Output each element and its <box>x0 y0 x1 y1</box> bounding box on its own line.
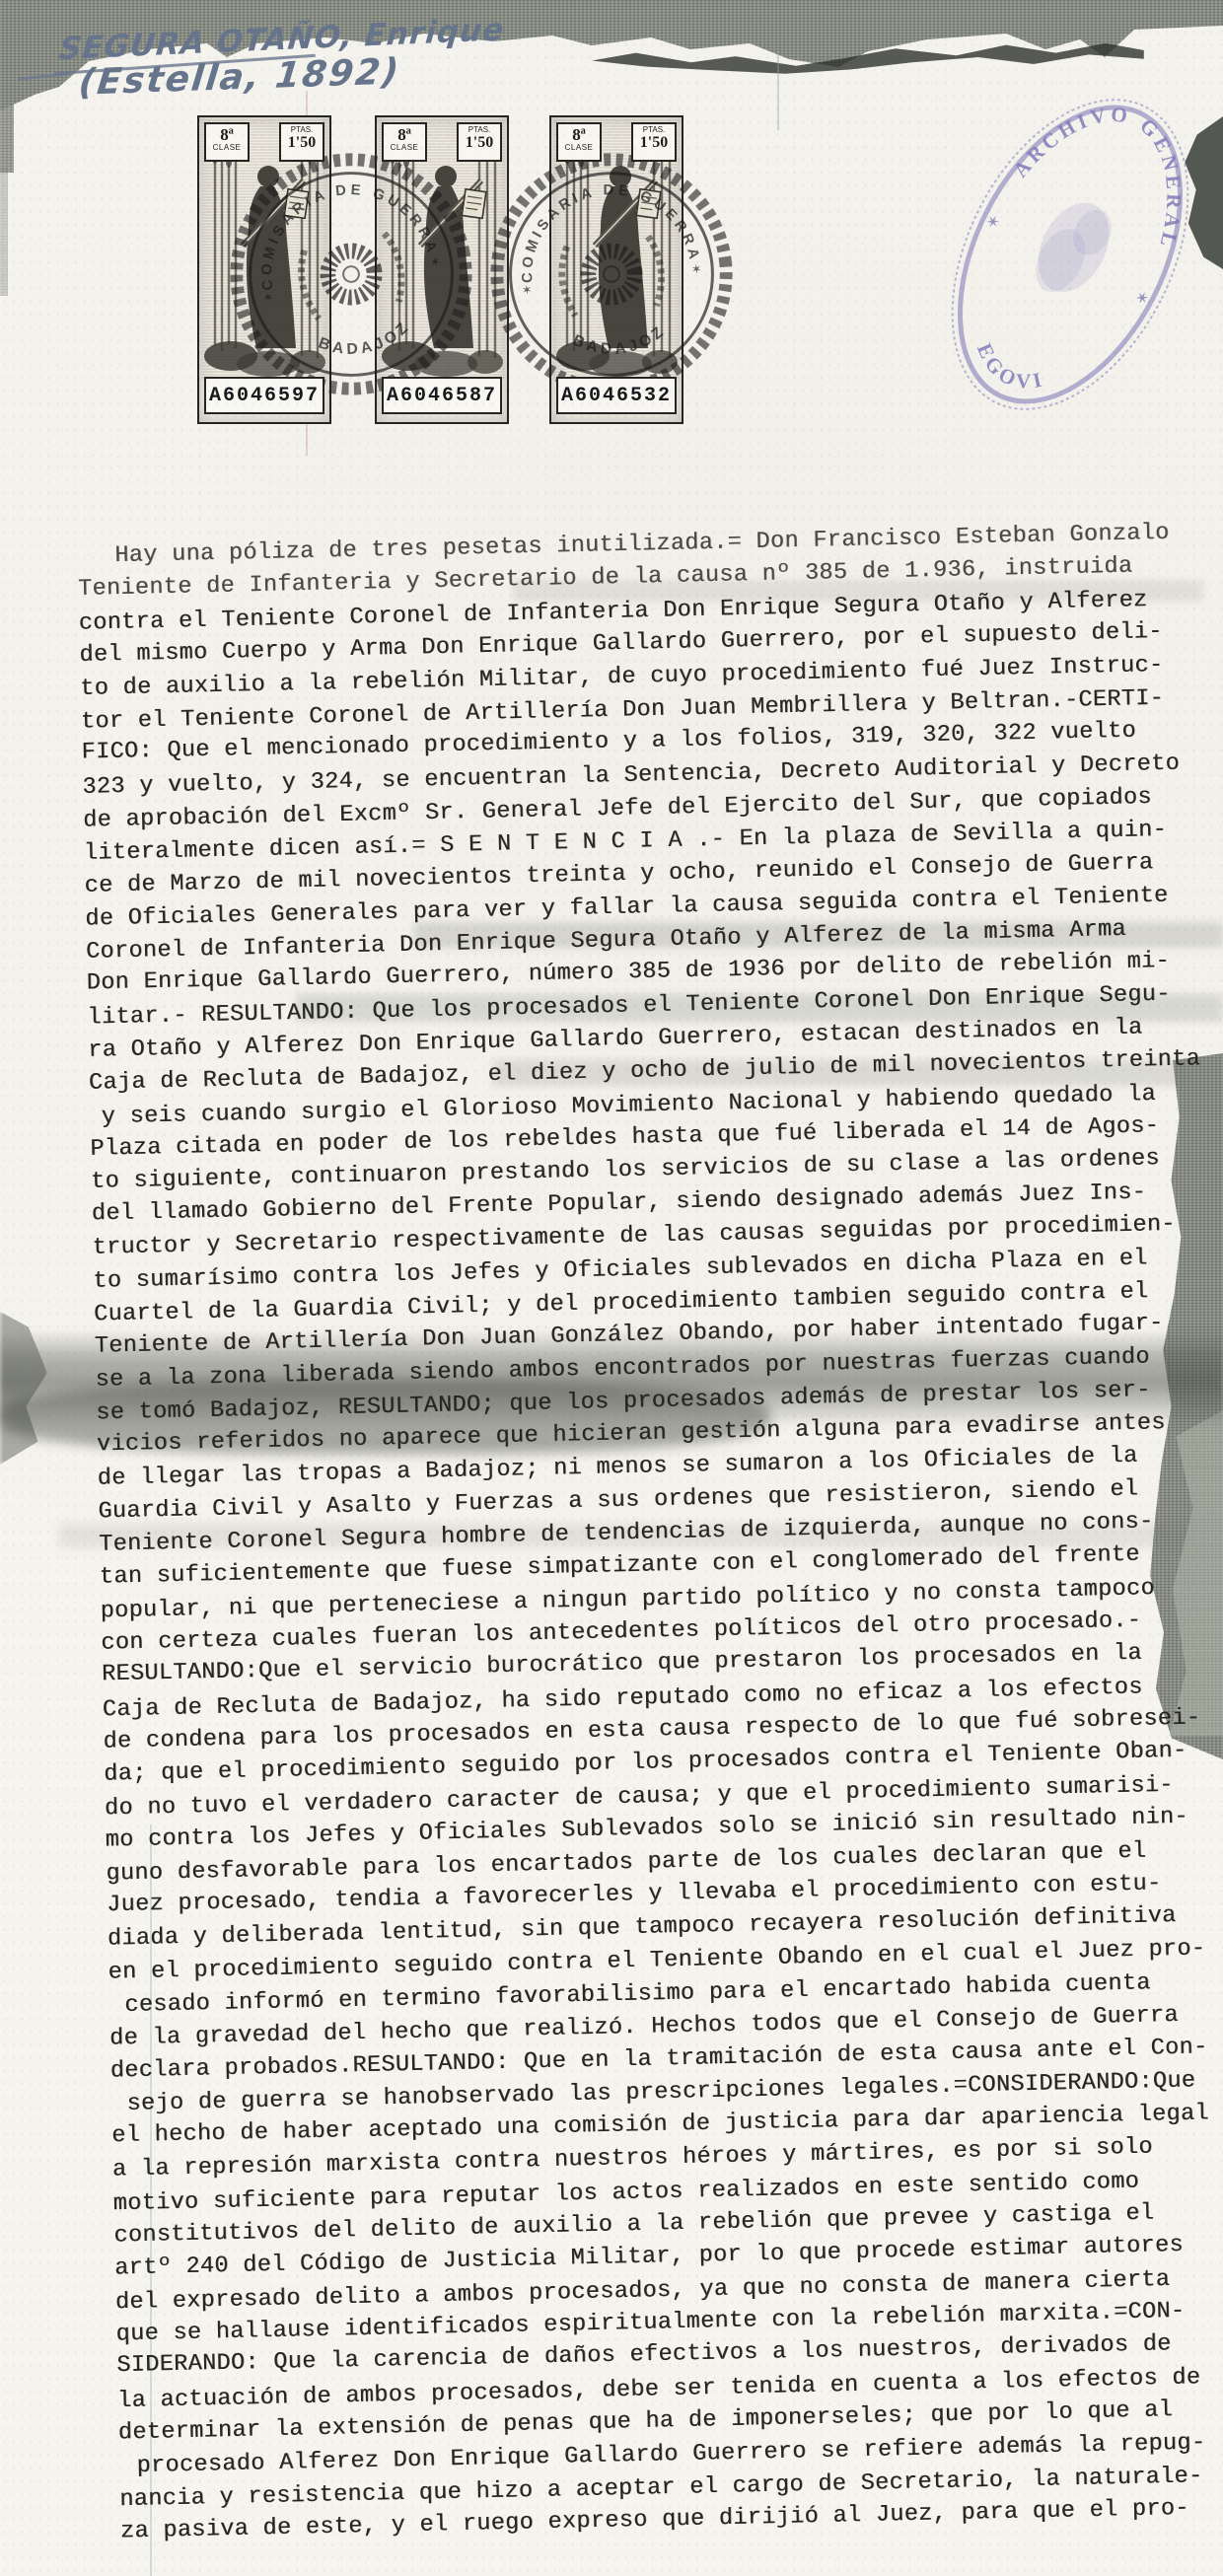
star-icon: ✶ <box>429 253 443 270</box>
stamp-value-box: PTAS. 1'50 <box>457 122 502 162</box>
scan-left-edge <box>0 0 14 173</box>
stamp-value: 1'50 <box>281 135 323 151</box>
star-icon: ✶ <box>690 261 702 277</box>
stamp-currency: PTAS. <box>281 126 323 134</box>
stamp-currency: PTAS. <box>633 126 675 134</box>
comisaria-arc-top: COMISARIA DE GUERRA <box>243 166 441 293</box>
stamp-class-word: CLASE <box>558 144 600 152</box>
stamp-value-box: PTAS. 1'50 <box>279 122 324 162</box>
star-icon: ✶ <box>521 282 533 298</box>
stamp-class-number: 8ª <box>206 126 248 143</box>
scanned-document-page: SEGURA OTAÑO, Enrique (Estella, 1892) <box>0 0 1223 2576</box>
comisaria-arc-bottom: BADAJOZ <box>568 321 672 363</box>
stamp-serial-box: A6046532 <box>556 377 677 414</box>
stamp-serial-box: A6046587 <box>382 377 502 414</box>
archivo-general-segovia-stamp: ARCHIVO GENERAL SEGOVIA ✶ ✶ <box>912 77 1223 432</box>
stamp-class-box: 8ª CLASE <box>204 122 250 162</box>
stamp-value-box: PTAS. 1'50 <box>631 122 677 162</box>
smudge-left-edge <box>0 1312 47 1465</box>
comisaria-arc-bottom: BADAJOZ <box>314 316 418 367</box>
stamp-value: 1'50 <box>633 135 675 151</box>
scan-left-edge-lower <box>0 168 8 296</box>
stamp-class-number: 8ª <box>558 126 600 143</box>
svg-text:COMISARIA DE GUERRA: COMISARIA DE GUERRA <box>243 166 441 293</box>
stamp-serial: A6046532 <box>561 385 672 407</box>
stamp-class-word: CLASE <box>384 144 425 152</box>
stamp-class-word: CLASE <box>206 144 248 152</box>
svg-text:ARCHIVO GENERAL: ARCHIVO GENERAL <box>1006 77 1223 257</box>
stamp-currency: PTAS. <box>459 126 500 134</box>
stamp-class-box: 8ª CLASE <box>556 122 602 162</box>
comisaria-guerra-badajoz-stamp: COMISARIA DE GUERRA BADAJOZ ✶ ✶ <box>470 133 752 414</box>
stamp-serial: A6046597 <box>209 385 320 407</box>
stamp-serial-box: A6046597 <box>204 377 324 414</box>
stamp-serial: A6046587 <box>387 385 497 407</box>
stamp-class-number: 8ª <box>384 126 425 143</box>
stamp-class-box: 8ª CLASE <box>382 122 427 162</box>
archivo-arc-top: ARCHIVO GENERAL <box>1006 77 1223 257</box>
stamp-value: 1'50 <box>459 135 500 151</box>
typed-text: Hay una póliza de tres pesetas inutiliza… <box>77 516 1223 2548</box>
star-icon: ✶ <box>261 289 275 306</box>
svg-text:BADAJOZ: BADAJOZ <box>568 321 672 363</box>
svg-text:BADAJOZ: BADAJOZ <box>314 316 418 367</box>
